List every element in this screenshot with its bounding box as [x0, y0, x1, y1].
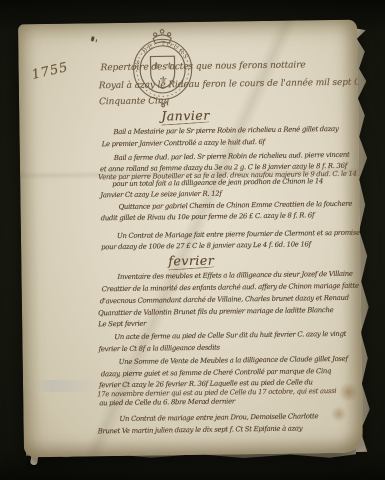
entry-line: Le premier Janvier Conttrollé a azay le … [102, 138, 265, 148]
entry-line: Quarattier de Vallontin Brunet fils du p… [98, 306, 333, 317]
entry-line: Un Contrat de mariage entre jean Drou, D… [119, 412, 318, 423]
entry-line: Inventaire des meubles et Effets a la di… [117, 270, 352, 281]
entry-line: Une Somme de Vente de Meubles a la dilli… [119, 355, 348, 366]
entry-line: Un Contrat de Mariage fait entre pierre … [117, 229, 360, 240]
entry-line: dudit gillet de Rivau du 10e pour ferme … [101, 211, 315, 222]
entry-line: pour dazay de 100e de 27 £ C le 8 janvie… [101, 240, 311, 251]
manuscript-page: 1755 G· DE· [18, 20, 363, 458]
entry-line: Quittance par gabriel Chemin de Chinon E… [118, 200, 352, 211]
entry-line: Brunet Ve martin julien dazay le dix sep… [98, 424, 303, 435]
month-heading-fevrier: fevrier [168, 253, 214, 270]
entry-line: Creattier de la minorité des enfants dar… [102, 282, 359, 294]
entry-line: Bail a Mestairie par le Sr pierre Robin … [113, 125, 338, 136]
entry-line: Un acte de ferme au pied de Celle Sur di… [114, 330, 346, 341]
entry-line: d'avecnous Commandant darché de Villaine… [100, 294, 349, 305]
manuscript-photo: 1755 G· DE· [0, 0, 385, 480]
title-line-3: Cinquante Cinq [99, 96, 169, 107]
margin-year: 1755 [30, 60, 69, 83]
entry-line: pour un total fait a la dilligeance de j… [112, 177, 323, 188]
entry-line: au pied de Celle du 6. 8bre Merad dernie… [99, 397, 235, 407]
ink-blot [91, 36, 95, 42]
entry-line: Le Sept fevrier [98, 320, 146, 329]
entry-line: Janvier Ct azay Le seize janvier R. 12f [100, 190, 221, 200]
title-line-1: Repertoire des actes que nous ferons not… [101, 60, 306, 73]
entry-line: dazay, pierre guiet et sa femme de Cheré… [101, 367, 331, 378]
entry-line: fevrier le Ct 8f a la dilligeance desdit… [98, 344, 219, 354]
month-heading-janvier: Janvier [161, 108, 210, 125]
entry-line: Bail a ferme dud. par led. Sr pierre Rob… [114, 151, 350, 162]
